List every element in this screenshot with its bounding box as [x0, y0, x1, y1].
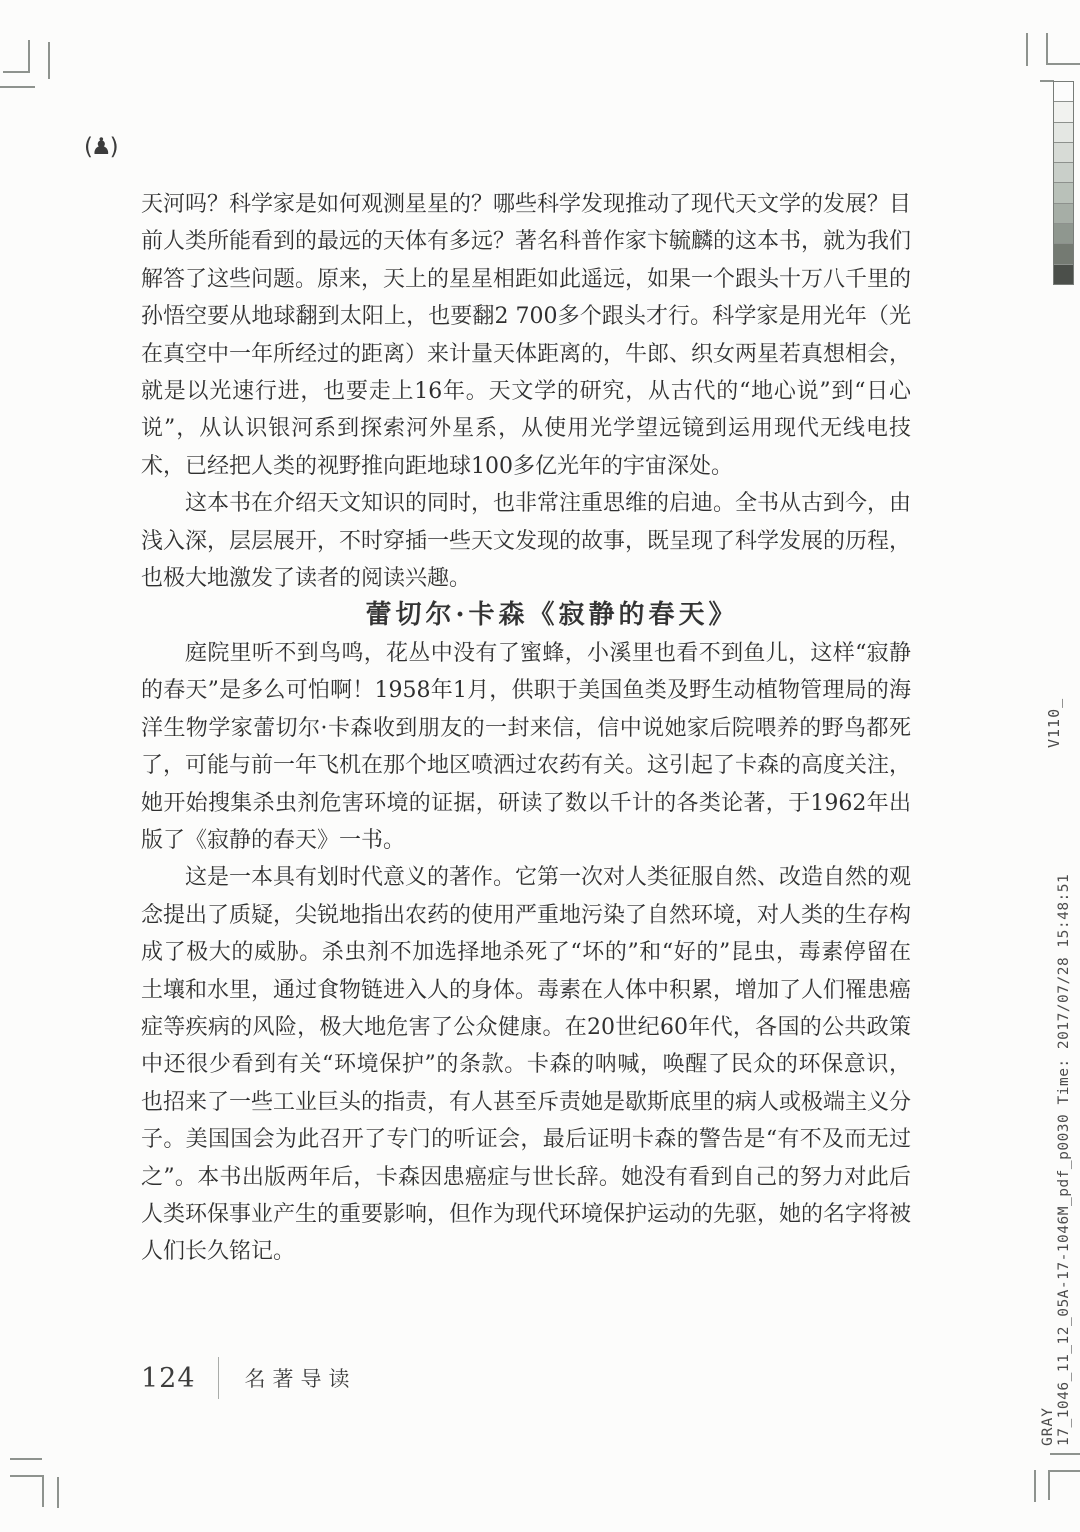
running-section-title: 名著导读 — [245, 1363, 357, 1393]
grayscale-step — [1054, 223, 1073, 243]
crop-mark — [3, 71, 30, 73]
publisher-mark-icon: (♟) — [84, 134, 117, 160]
paragraph: 这本书在介绍天文知识的同时，也非常注重思维的启迪。全书从古到今，由浅入深，层层展… — [141, 485, 911, 597]
crop-mark — [1026, 33, 1028, 66]
paragraph: 天河吗？科学家是如何观测星星的？哪些科学发现推动了现代天文学的发展？目前人类所能… — [141, 186, 911, 485]
grayscale-step — [1054, 203, 1073, 223]
crop-mark — [1048, 1470, 1080, 1472]
crop-mark — [1040, 80, 1054, 82]
crop-mark — [1046, 63, 1080, 65]
crop-mark — [1034, 1470, 1036, 1502]
footer-divider — [218, 1357, 219, 1399]
grayscale-bar — [1053, 81, 1074, 285]
grayscale-step — [1054, 264, 1073, 284]
grayscale-step — [1054, 122, 1073, 142]
grayscale-step — [1054, 142, 1073, 162]
crop-mark — [10, 1475, 44, 1477]
section-heading: 蕾切尔·卡森《寂静的春天》 — [141, 597, 911, 634]
grayscale-step — [1054, 162, 1073, 182]
crop-mark — [28, 40, 30, 73]
edition-code: V110_ — [1045, 698, 1063, 748]
grayscale-step — [1054, 82, 1073, 101]
print-info: 17_1046_11_12_05A-17-1046M_pdf_p0030 Tim… — [1056, 874, 1072, 1446]
grayscale-step — [1054, 182, 1073, 202]
main-text: 天河吗？科学家是如何观测星星的？哪些科学发现推动了现代天文学的发展？目前人类所能… — [141, 186, 911, 1271]
crop-mark — [48, 42, 50, 79]
grayscale-step — [1054, 101, 1073, 121]
scanned-book-page: { "document": { "corner_mark_glyph": "(♟… — [0, 0, 1080, 1532]
crop-mark — [57, 1477, 59, 1508]
crop-mark — [1050, 1453, 1080, 1455]
paragraph: 庭院里听不到鸟鸣，花丛中没有了蜜蜂，小溪里也看不到鱼儿，这样“寂静的春天”是多么… — [141, 635, 911, 859]
page-footer: 124 名著导读 — [141, 1356, 357, 1400]
grayscale-step — [1054, 243, 1073, 263]
crop-mark — [0, 86, 35, 88]
page-number: 124 — [141, 1363, 196, 1394]
crop-mark — [1048, 1472, 1050, 1500]
color-mode-label: GRAY — [1040, 1407, 1056, 1446]
crop-mark — [10, 1458, 42, 1460]
paragraph: 这是一本具有划时代意义的著作。它第一次对人类征服自然、改造自然的观念提出了质疑，… — [141, 859, 911, 1270]
crop-mark — [42, 1475, 44, 1507]
crop-mark — [1046, 33, 1048, 65]
